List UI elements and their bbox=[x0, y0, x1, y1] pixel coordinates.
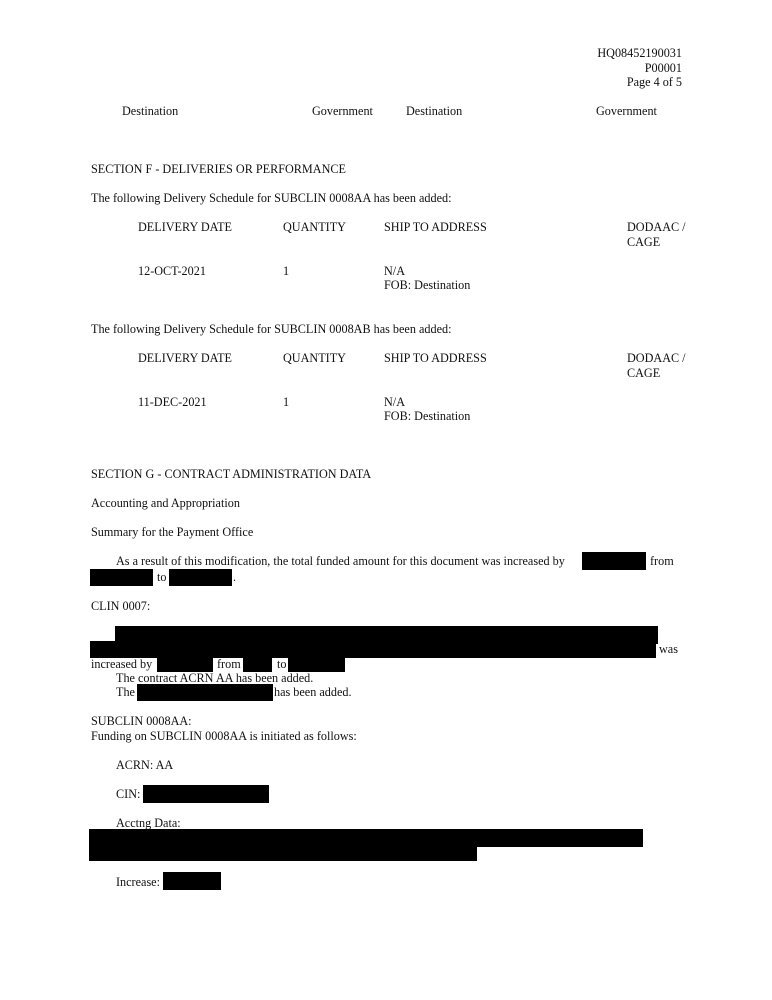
redaction-box bbox=[157, 657, 213, 672]
carryover-cell: Destination bbox=[406, 104, 462, 118]
subclin-funding: Funding on SUBCLIN 0008AA is initiated a… bbox=[91, 729, 357, 743]
clin-heading: CLIN 0007: bbox=[91, 599, 150, 613]
redaction-box bbox=[89, 845, 477, 861]
redaction-box bbox=[143, 785, 269, 803]
modification-number: P00001 bbox=[645, 61, 682, 75]
column-header: SHIP TO ADDRESS bbox=[384, 351, 487, 365]
clin-acrn-added: The contract ACRN AA has been added. bbox=[116, 671, 313, 685]
clin-text-increased-by: increased by bbox=[91, 657, 152, 671]
summary-text-to: to bbox=[157, 570, 166, 584]
schedule-intro: The following Delivery Schedule for SUBC… bbox=[91, 322, 451, 336]
summary-text-end: . bbox=[233, 570, 236, 584]
redaction-box bbox=[243, 657, 272, 672]
clin-text-was: was bbox=[659, 642, 678, 656]
delivery-date: 12-OCT-2021 bbox=[138, 264, 206, 278]
increase-label: Increase: bbox=[116, 875, 160, 889]
summary-heading: Summary for the Payment Office bbox=[91, 525, 253, 539]
column-header: DODAAC / bbox=[627, 351, 686, 365]
clin-text-from: from bbox=[217, 657, 241, 671]
column-header: SHIP TO ADDRESS bbox=[384, 220, 487, 234]
redaction-box bbox=[288, 657, 345, 672]
delivery-date: 11-DEC-2021 bbox=[138, 395, 207, 409]
redaction-box bbox=[90, 569, 153, 586]
carryover-cell: Destination bbox=[122, 104, 178, 118]
ship-to-address: N/A bbox=[384, 264, 405, 278]
quantity: 1 bbox=[283, 395, 289, 409]
column-header: DODAAC / bbox=[627, 220, 686, 234]
redaction-box bbox=[137, 684, 273, 701]
contract-number: HQ08452190031 bbox=[597, 46, 682, 60]
clin-text-to: to bbox=[277, 657, 286, 671]
summary-text: As a result of this modification, the to… bbox=[116, 554, 565, 568]
column-header: CAGE bbox=[627, 235, 660, 249]
column-header: QUANTITY bbox=[283, 220, 346, 234]
page-number: Page 4 of 5 bbox=[627, 75, 682, 89]
schedule-intro: The following Delivery Schedule for SUBC… bbox=[91, 191, 451, 205]
section-f-title: SECTION F - DELIVERIES OR PERFORMANCE bbox=[91, 162, 346, 176]
carryover-cell: Government bbox=[596, 104, 657, 118]
column-header: CAGE bbox=[627, 366, 660, 380]
clin-text-the: The bbox=[116, 685, 135, 699]
fob-terms: FOB: Destination bbox=[384, 278, 470, 292]
redaction-box bbox=[582, 552, 646, 570]
redaction-box bbox=[169, 569, 232, 586]
clin-has-been-added: has been added. bbox=[274, 685, 352, 699]
redaction-box bbox=[90, 641, 656, 658]
subclin-heading: SUBCLIN 0008AA: bbox=[91, 714, 192, 728]
acrn-value: ACRN: AA bbox=[116, 758, 173, 772]
accting-data-label: Acctng Data: bbox=[116, 816, 181, 830]
column-header: DELIVERY DATE bbox=[138, 351, 232, 365]
quantity: 1 bbox=[283, 264, 289, 278]
ship-to-address: N/A bbox=[384, 395, 405, 409]
redaction-box bbox=[163, 872, 221, 890]
section-subtitle: Accounting and Appropriation bbox=[91, 496, 240, 510]
fob-terms: FOB: Destination bbox=[384, 409, 470, 423]
column-header: QUANTITY bbox=[283, 351, 346, 365]
section-g-title: SECTION G - CONTRACT ADMINISTRATION DATA bbox=[91, 467, 371, 481]
carryover-cell: Government bbox=[312, 104, 373, 118]
cin-label: CIN: bbox=[116, 787, 140, 801]
column-header: DELIVERY DATE bbox=[138, 220, 232, 234]
summary-text-from: from bbox=[650, 554, 674, 568]
